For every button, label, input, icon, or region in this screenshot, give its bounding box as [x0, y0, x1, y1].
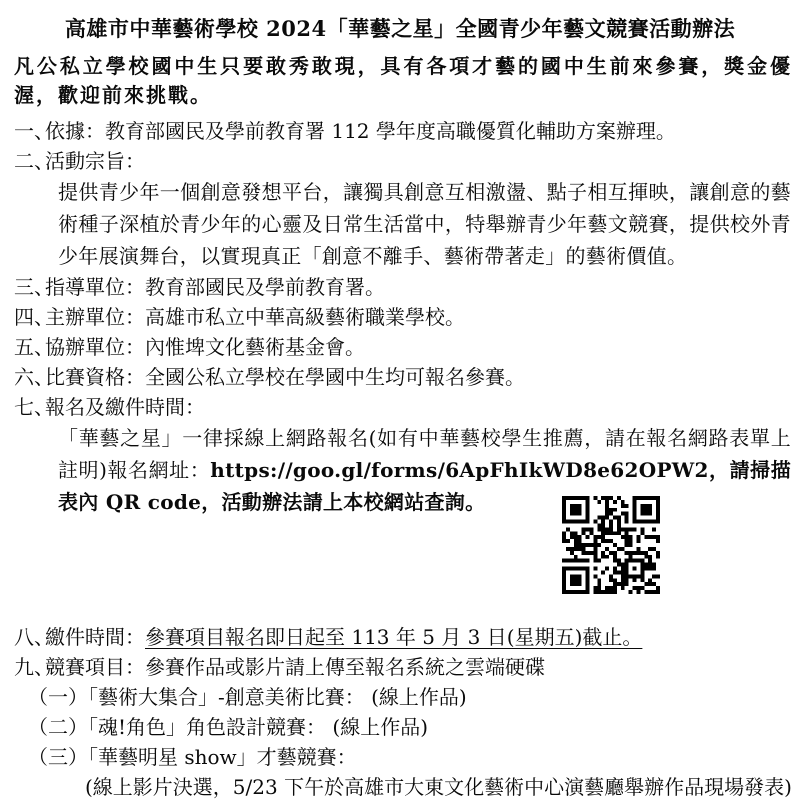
list-item-5: 五、 協辦單位：內惟埤文化藝術基金會。	[0, 332, 800, 362]
item-4-text: 主辦單位：高雄市私立中華高級藝術職業學校。	[45, 305, 465, 329]
item-6-text: 比賽資格：全國公私立學校在學國中生均可報名參賽。	[45, 365, 525, 389]
page-title: 高雄市中華藝術學校 2024「華藝之星」全國青少年藝文競賽活動辦法	[0, 14, 800, 44]
item-8-deadline: 參賽項目報名即日起至 113 年 5 月 3 日(星期五)截止。	[145, 625, 642, 649]
item-6-number: 六、	[14, 362, 54, 392]
list-item-4: 四、 主辦單位：高雄市私立中華高級藝術職業學校。	[0, 302, 800, 332]
list-item-1: 一、 依據：教育部國民及學前教育署 112 學年度高職優質化輔助方案辦理。	[0, 116, 800, 146]
document-page: 高雄市中華藝術學校 2024「華藝之星」全國青少年藝文競賽活動辦法 凡公私立學校…	[0, 0, 800, 808]
item-7-text: 報名及繳件時間：	[45, 395, 205, 419]
item-3-number: 三、	[14, 272, 54, 302]
list-item-7: 七、 報名及繳件時間： 「華藝之星」一律採線上網路報名(如有中華藝校學生推薦，請…	[0, 392, 800, 518]
item-7-number: 七、	[14, 392, 54, 422]
item-9-number: 九、	[14, 652, 54, 682]
item-3-text: 指導單位：教育部國民及學前教育署。	[45, 275, 385, 299]
item-2-body: 提供青少年一個創意發想平台，讓獨具創意互相激盪、點子相互揮映，讓創意的藝術種子深…	[58, 176, 791, 272]
item-1-number: 一、	[14, 116, 54, 146]
item-5-text: 協辦單位：內惟埤文化藝術基金會。	[45, 335, 365, 359]
subitem-1: （一）「藝術大集合」-創意美術比賽： (線上作品)	[28, 682, 800, 712]
item-5-number: 五、	[14, 332, 54, 362]
subitem-3-note: (線上影片決選，5/23 下午於高雄市大東文化藝術中心演藝廳舉辦作品現場發表)	[85, 772, 800, 802]
subitem-2: （二）「魂!角色」角色設計競賽： (線上作品)	[28, 712, 800, 742]
list-item-3: 三、 指導單位：教育部國民及學前教育署。	[0, 272, 800, 302]
item-2-text: 活動宗旨：	[45, 149, 145, 173]
list-item-8: 八、 繳件時間：參賽項目報名即日起至 113 年 5 月 3 日(星期五)截止。	[0, 622, 800, 652]
item-4-number: 四、	[14, 302, 54, 332]
item-2-number: 二、	[14, 146, 54, 176]
list-item-9: 九、 競賽項目：參賽作品或影片請上傳至報名系統之雲端硬碟	[0, 652, 800, 682]
item-8-text: 繳件時間：	[45, 625, 145, 649]
intro-paragraph: 凡公私立學校國中生只要敢秀敢現，具有各項才藝的國中生前來參賽，獎金優渥，歡迎前來…	[14, 52, 792, 110]
item-8-number: 八、	[14, 622, 54, 652]
item-9-text: 競賽項目：參賽作品或影片請上傳至報名系統之雲端硬碟	[45, 655, 545, 679]
list-item-6: 六、 比賽資格：全國公私立學校在學國中生均可報名參賽。	[0, 362, 800, 392]
item-1-text: 依據：教育部國民及學前教育署 112 學年度高職優質化輔助方案辦理。	[45, 119, 676, 143]
list-item-2: 二、 活動宗旨： 提供青少年一個創意發想平台，讓獨具創意互相激盪、點子相互揮映，…	[0, 146, 800, 272]
subitem-3: （三）「華藝明星 show」才藝競賽：	[28, 742, 800, 772]
item-7-body: 「華藝之星」一律採線上網路報名(如有中華藝校學生推薦，請在報名網路表單上註明)報…	[58, 422, 791, 518]
